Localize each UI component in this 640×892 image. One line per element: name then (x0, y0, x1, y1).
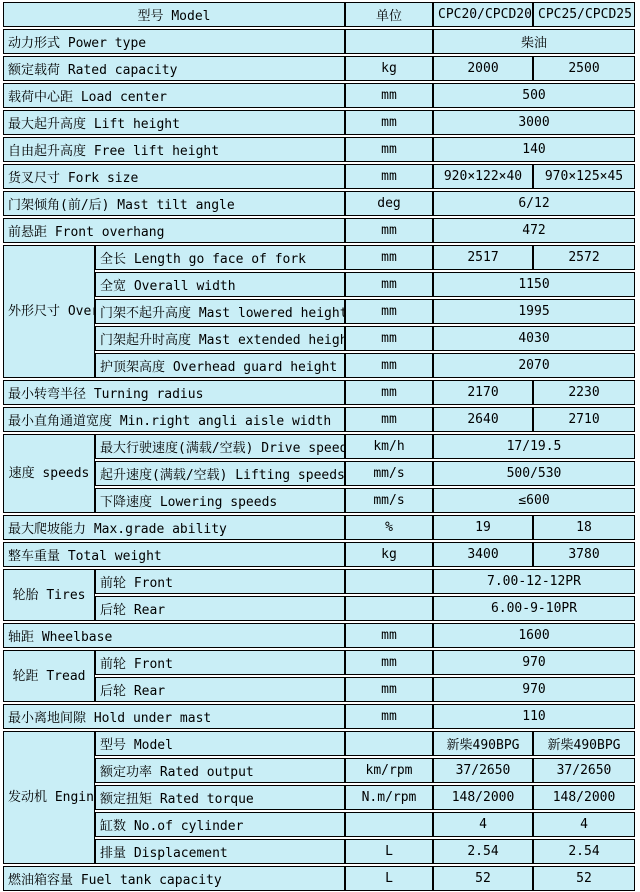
unit-cell: deg (345, 191, 433, 216)
row-sublabel: 后轮 Rear (95, 677, 345, 702)
value-cell-span: ≤600 (433, 488, 635, 513)
unit-cell: mm (345, 650, 433, 675)
table-row: 最大爬坡能力 Max.grade ability%1918 (3, 515, 635, 540)
value-cell-col1: 37/2650 (433, 758, 533, 783)
unit-cell (345, 731, 433, 756)
row-label: 前悬距 Front overhang (3, 218, 345, 243)
value-cell-col2: 970×125×45 (533, 164, 635, 189)
table-row: 外形尺寸 Overall dimensions全长 Length go face… (3, 245, 635, 270)
value-cell-span: 4030 (433, 326, 635, 351)
unit-cell: mm (345, 218, 433, 243)
spec-table: 型号 Model 单位 CPC20/CPCD20 CPC25/CPCD25 动力… (3, 0, 635, 892)
value-cell-col1: 2170 (433, 380, 533, 405)
unit-cell: mm/s (345, 461, 433, 486)
row-sublabel: 全宽 Overall width (95, 272, 345, 297)
table-row: 整车重量 Total weightkg34003780 (3, 542, 635, 567)
row-sublabel: 后轮 Rear (95, 596, 345, 621)
table-row: 轴距 Wheelbasemm1600 (3, 623, 635, 648)
value-cell-span: 2070 (433, 353, 635, 378)
table-row: 后轮 Rear6.00-9-10PR (3, 596, 635, 621)
spec-table-body: 动力形式 Power type柴油额定载荷 Rated capacitykg20… (3, 29, 635, 891)
table-row: 门架起升时高度 Mast extended heightmm4030 (3, 326, 635, 351)
table-row: 缸数 No.of cylinder44 (3, 812, 635, 837)
row-label: 门架倾角(前/后) Mast tilt angle (3, 191, 345, 216)
value-cell-col2: 3780 (533, 542, 635, 567)
table-header-row: 型号 Model 单位 CPC20/CPCD20 CPC25/CPCD25 (3, 2, 635, 27)
unit-cell: mm (345, 380, 433, 405)
table-row: 轮胎 Tires前轮 Front7.00-12-12PR (3, 569, 635, 594)
unit-cell (345, 569, 433, 594)
value-cell-col1: 2517 (433, 245, 533, 270)
value-cell-col1: 4 (433, 812, 533, 837)
table-row: 下降速度 Lowering speedsmm/s≤600 (3, 488, 635, 513)
unit-cell: N.m/rpm (345, 785, 433, 810)
value-cell-col1: 19 (433, 515, 533, 540)
table-row: 货叉尺寸 Fork sizemm920×122×40970×125×45 (3, 164, 635, 189)
value-cell-span: 1995 (433, 299, 635, 324)
row-label: 最大爬坡能力 Max.grade ability (3, 515, 345, 540)
table-row: 最大起升高度 Lift heightmm3000 (3, 110, 635, 135)
row-sublabel: 起升速度(满载/空载) Lifting speeds (95, 461, 345, 486)
value-cell-col2: 2572 (533, 245, 635, 270)
group-cell: 速度 speeds (3, 434, 95, 513)
value-cell-col1: 新柴490BPG (433, 731, 533, 756)
group-cell: 外形尺寸 Overall dimensions (3, 245, 95, 378)
row-label: 动力形式 Power type (3, 29, 345, 54)
spec-sheet-page: 型号 Model 单位 CPC20/CPCD20 CPC25/CPCD25 动力… (0, 0, 640, 892)
table-row: 前悬距 Front overhangmm472 (3, 218, 635, 243)
row-sublabel: 下降速度 Lowering speeds (95, 488, 345, 513)
row-label: 燃油箱容量 Fuel tank capacity (3, 866, 345, 891)
value-cell-col2: 52 (533, 866, 635, 891)
row-label: 最大起升高度 Lift height (3, 110, 345, 135)
row-sublabel: 缸数 No.of cylinder (95, 812, 345, 837)
unit-cell: mm (345, 110, 433, 135)
value-cell-span: 17/19.5 (433, 434, 635, 459)
table-row: 全宽 Overall widthmm1150 (3, 272, 635, 297)
row-label: 最小转弯半径 Turning radius (3, 380, 345, 405)
unit-cell: km/h (345, 434, 433, 459)
row-label: 整车重量 Total weight (3, 542, 345, 567)
value-cell-span: 1600 (433, 623, 635, 648)
unit-cell (345, 812, 433, 837)
value-cell-col1: 2000 (433, 56, 533, 81)
row-sublabel: 前轮 Front (95, 650, 345, 675)
value-cell-col2: 2.54 (533, 839, 635, 864)
value-cell-col2: 新柴490BPG (533, 731, 635, 756)
value-cell-span: 7.00-12-12PR (433, 569, 635, 594)
table-row: 排量 DisplacementL2.542.54 (3, 839, 635, 864)
table-row: 额定功率 Rated outputkm/rpm37/265037/2650 (3, 758, 635, 783)
unit-cell: mm/s (345, 488, 433, 513)
group-cell: 发动机 Engine (3, 731, 95, 864)
unit-cell: mm (345, 272, 433, 297)
row-sublabel: 门架起升时高度 Mast extended height (95, 326, 345, 351)
header-unit-label: 单位 (345, 2, 433, 27)
value-cell-span: 110 (433, 704, 635, 729)
value-cell-col1: 920×122×40 (433, 164, 533, 189)
value-cell-span: 1150 (433, 272, 635, 297)
value-cell-col1: 2.54 (433, 839, 533, 864)
row-sublabel: 护顶架高度 Overhead guard height (95, 353, 345, 378)
table-row: 速度 speeds最大行驶速度(满载/空载) Drive speedskm/h1… (3, 434, 635, 459)
value-cell-col1: 52 (433, 866, 533, 891)
unit-cell: mm (345, 623, 433, 648)
row-sublabel: 最大行驶速度(满载/空载) Drive speeds (95, 434, 345, 459)
unit-cell: kg (345, 56, 433, 81)
unit-cell: mm (345, 326, 433, 351)
value-cell-col1: 2640 (433, 407, 533, 432)
unit-cell: mm (345, 164, 433, 189)
header-model-label: 型号 Model (3, 2, 345, 27)
unit-cell: mm (345, 704, 433, 729)
table-row: 自由起升高度 Free lift heightmm140 (3, 137, 635, 162)
group-cell: 轮距 Tread (3, 650, 95, 702)
value-cell-col2: 2500 (533, 56, 635, 81)
row-sublabel: 门架不起升高度 Mast lowered height (95, 299, 345, 324)
value-cell-col2: 148/2000 (533, 785, 635, 810)
value-cell-span: 500 (433, 83, 635, 108)
unit-cell (345, 29, 433, 54)
unit-cell: kg (345, 542, 433, 567)
row-label: 轴距 Wheelbase (3, 623, 345, 648)
value-cell-col2: 4 (533, 812, 635, 837)
row-sublabel: 额定功率 Rated output (95, 758, 345, 783)
table-row: 后轮 Rearmm970 (3, 677, 635, 702)
row-sublabel: 型号 Model (95, 731, 345, 756)
unit-cell: mm (345, 137, 433, 162)
value-cell-span: 500/530 (433, 461, 635, 486)
table-row: 动力形式 Power type柴油 (3, 29, 635, 54)
table-row: 最小离地间隙 Hold under mastmm110 (3, 704, 635, 729)
row-sublabel: 额定扭矩 Rated torque (95, 785, 345, 810)
table-row: 最小直角通道宽度 Min.right angli aisle widthmm26… (3, 407, 635, 432)
table-row: 护顶架高度 Overhead guard heightmm2070 (3, 353, 635, 378)
unit-cell: % (345, 515, 433, 540)
unit-cell: L (345, 866, 433, 891)
table-row: 额定载荷 Rated capacitykg20002500 (3, 56, 635, 81)
table-row: 门架不起升高度 Mast lowered heightmm1995 (3, 299, 635, 324)
table-row: 起升速度(满载/空载) Lifting speedsmm/s500/530 (3, 461, 635, 486)
unit-cell: mm (345, 407, 433, 432)
value-cell-span: 6.00-9-10PR (433, 596, 635, 621)
table-row: 额定扭矩 Rated torqueN.m/rpm148/2000148/2000 (3, 785, 635, 810)
header-model-col2: CPC25/CPCD25 (533, 2, 635, 27)
value-cell-span: 472 (433, 218, 635, 243)
row-sublabel: 前轮 Front (95, 569, 345, 594)
unit-cell: mm (345, 299, 433, 324)
table-row: 发动机 Engine型号 Model新柴490BPG新柴490BPG (3, 731, 635, 756)
value-cell-span: 140 (433, 137, 635, 162)
value-cell-col2: 37/2650 (533, 758, 635, 783)
value-cell-col2: 18 (533, 515, 635, 540)
row-label: 载荷中心距 Load center (3, 83, 345, 108)
row-label: 货叉尺寸 Fork size (3, 164, 345, 189)
unit-cell: L (345, 839, 433, 864)
unit-cell: mm (345, 245, 433, 270)
value-cell-col2: 2230 (533, 380, 635, 405)
table-row: 最小转弯半径 Turning radiusmm21702230 (3, 380, 635, 405)
value-cell-span: 6/12 (433, 191, 635, 216)
value-cell-span: 柴油 (433, 29, 635, 54)
value-cell-span: 3000 (433, 110, 635, 135)
unit-cell (345, 596, 433, 621)
value-cell-span: 970 (433, 677, 635, 702)
row-label: 额定载荷 Rated capacity (3, 56, 345, 81)
value-cell-col1: 148/2000 (433, 785, 533, 810)
row-sublabel: 全长 Length go face of fork (95, 245, 345, 270)
table-row: 轮距 Tread前轮 Frontmm970 (3, 650, 635, 675)
table-row: 门架倾角(前/后) Mast tilt angledeg6/12 (3, 191, 635, 216)
row-label: 最小离地间隙 Hold under mast (3, 704, 345, 729)
table-row: 燃油箱容量 Fuel tank capacityL5252 (3, 866, 635, 891)
table-row: 载荷中心距 Load centermm500 (3, 83, 635, 108)
row-label: 自由起升高度 Free lift height (3, 137, 345, 162)
value-cell-span: 970 (433, 650, 635, 675)
row-sublabel: 排量 Displacement (95, 839, 345, 864)
value-cell-col1: 3400 (433, 542, 533, 567)
header-model-col1: CPC20/CPCD20 (433, 2, 533, 27)
group-cell: 轮胎 Tires (3, 569, 95, 621)
unit-cell: mm (345, 677, 433, 702)
unit-cell: km/rpm (345, 758, 433, 783)
value-cell-col2: 2710 (533, 407, 635, 432)
unit-cell: mm (345, 353, 433, 378)
row-label: 最小直角通道宽度 Min.right angli aisle width (3, 407, 345, 432)
unit-cell: mm (345, 83, 433, 108)
